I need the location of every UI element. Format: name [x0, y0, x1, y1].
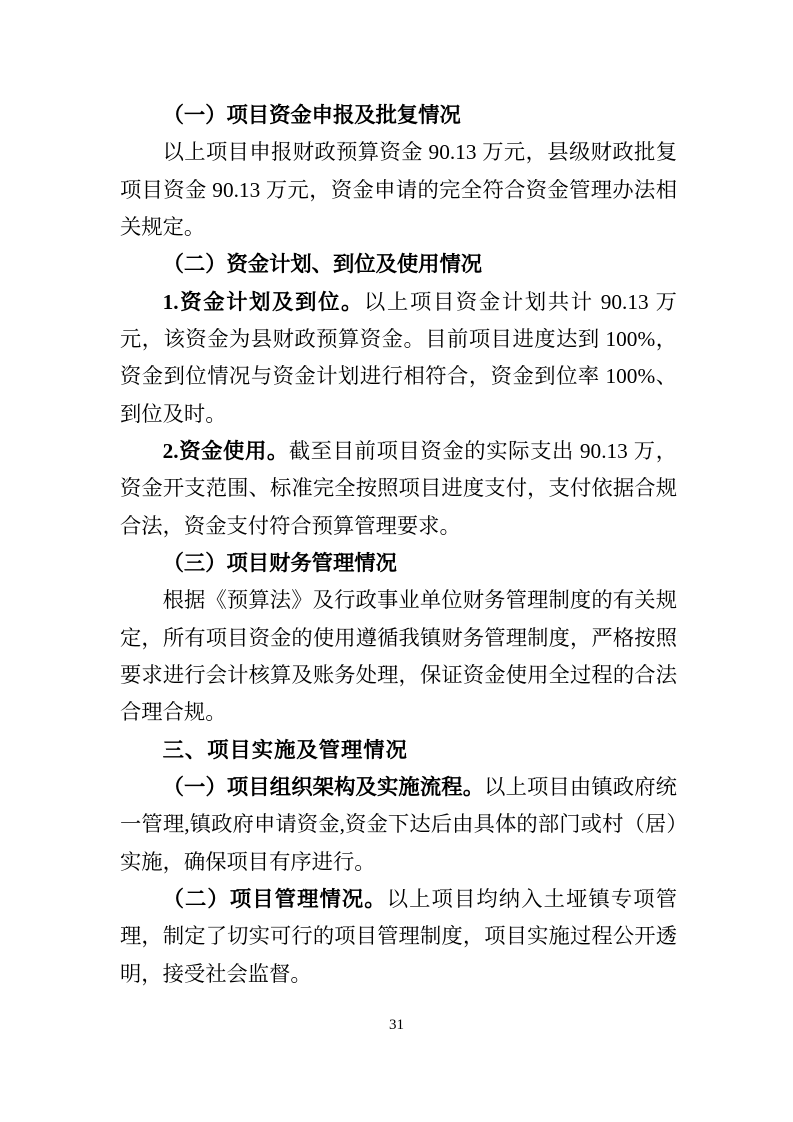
paragraph-lead: 2.资金使用。: [163, 439, 289, 463]
page-number: 31: [0, 1015, 793, 1035]
paragraph-text: 根据《预算法》及行政事业单位财务管理制度的有关规定，所有项目资金的使用遵循我镇财…: [120, 588, 677, 724]
document-page: （一）项目资金申报及批复情况 以上项目申报财政预算资金 90.13 万元，县级财…: [0, 0, 793, 1122]
paragraph-fund-usage: 2.资金使用。截至目前项目资金的实际支出 90.13 万，资金开支范围、标准完全…: [120, 433, 677, 545]
paragraph-financial-management: 根据《预算法》及行政事业单位财务管理制度的有关规定，所有项目资金的使用遵循我镇财…: [120, 582, 677, 731]
document-body: （一）项目资金申报及批复情况 以上项目申报财政预算资金 90.13 万元，县级财…: [120, 97, 677, 993]
chapter-heading-implementation-management: 三、项目实施及管理情况: [120, 732, 677, 769]
section-heading-funding-application: （一）项目资金申报及批复情况: [120, 97, 677, 134]
paragraph-lead: （二）项目管理情况。: [163, 887, 387, 911]
paragraph-fund-plan: 1.资金计划及到位。以上项目资金计划共计 90.13 万元，该资金为县财政预算资…: [120, 284, 677, 433]
section-heading-financial-management: （三）项目财务管理情况: [120, 545, 677, 582]
paragraph-lead: （一）项目组织架构及实施流程。: [163, 775, 485, 799]
paragraph-lead: 1.资金计划及到位。: [163, 290, 364, 314]
paragraph-text: 以上项目申报财政预算资金 90.13 万元，县级财政批复项目资金 90.13 万…: [120, 140, 677, 239]
paragraph-project-management: （二）项目管理情况。以上项目均纳入土垭镇专项管理，制定了切实可行的项目管理制度，…: [120, 881, 677, 993]
paragraph-funding-application: 以上项目申报财政预算资金 90.13 万元，县级财政批复项目资金 90.13 万…: [120, 134, 677, 246]
paragraph-organization-structure: （一）项目组织架构及实施流程。以上项目由镇政府统一管理,镇政府申请资金,资金下达…: [120, 769, 677, 881]
section-heading-fund-plan-usage: （二）资金计划、到位及使用情况: [120, 246, 677, 283]
